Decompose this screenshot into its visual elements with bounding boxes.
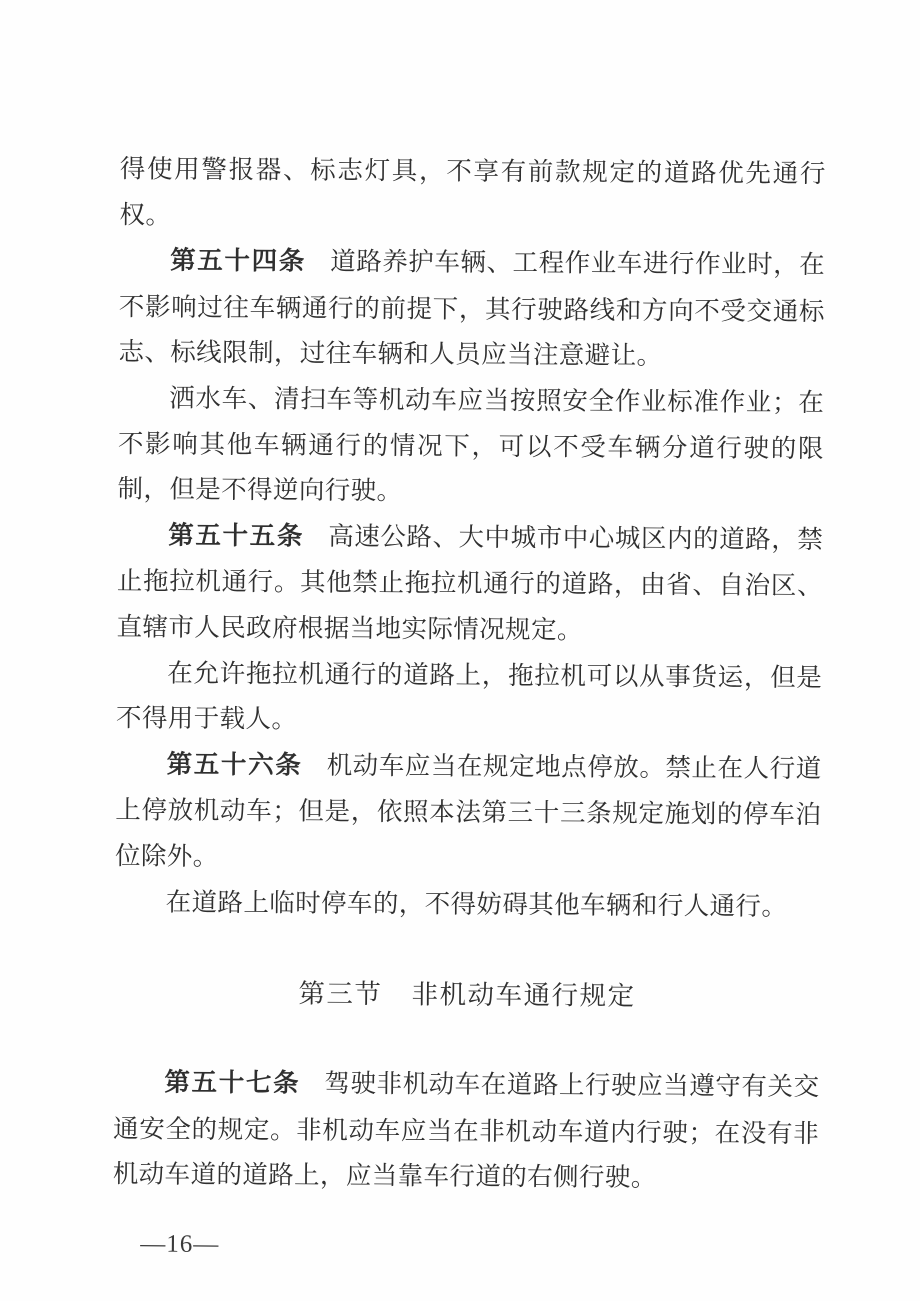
section-heading: 第三节非机动车通行规定 bbox=[114, 969, 820, 1020]
paragraph-article-57: 第五十七条驾驶非机动车在道路上行驶应当遵守有关交通安全的规定。非机动车应当在非机… bbox=[113, 1059, 820, 1202]
paragraph-text: 洒水车、清扫车等机动车应当按照安全作业标准作业；在不影响其他车辆通行的情况下，可… bbox=[117, 384, 824, 506]
scanned-page-content: 得使用警报器、标志灯具，不享有前款规定的道路优先通行权。 第五十四条道路养护车辆… bbox=[0, 0, 920, 1301]
article-number: 第五十七条 bbox=[164, 1069, 300, 1098]
article-number: 第五十四条 bbox=[170, 247, 306, 276]
page-number: —16— bbox=[140, 1230, 219, 1259]
paragraph-continuation: 得使用警报器、标志灯具，不享有前款规定的道路优先通行权。 bbox=[119, 146, 826, 242]
article-number: 第五十五条 bbox=[168, 521, 304, 550]
section-label: 第三节 bbox=[298, 979, 382, 1010]
article-number: 第五十六条 bbox=[167, 750, 303, 779]
text-block: 得使用警报器、标志灯具，不享有前款规定的道路优先通行权。 第五十四条道路养护车辆… bbox=[113, 146, 826, 1202]
paragraph-text: 在道路上临时停车的，不得妨碍其他车辆和行人通行。 bbox=[166, 887, 788, 920]
paragraph-text: 在允许拖拉机通行的道路上，拖拉机可以从事货运，但是不得用于载人。 bbox=[116, 658, 823, 734]
paragraph-article-56-clause-2: 在道路上临时停车的，不得妨碍其他车辆和行人通行。 bbox=[115, 879, 821, 930]
document-page: 得使用警报器、标志灯具，不享有前款规定的道路优先通行权。 第五十四条道路养护车辆… bbox=[0, 0, 920, 1301]
paragraph-article-54: 第五十四条道路养护车辆、工程作业车进行作业时，在不影响过往车辆通行的前提下，其行… bbox=[118, 237, 825, 380]
section-title: 非机动车通行规定 bbox=[412, 979, 636, 1011]
paragraph-article-54-clause-2: 洒水车、清扫车等机动车应当按照安全作业标准作业；在不影响其他车辆通行的情况下，可… bbox=[117, 375, 824, 517]
paragraph-text: 得使用警报器、标志灯具，不享有前款规定的道路优先通行权。 bbox=[119, 154, 826, 229]
paragraph-article-55-clause-2: 在允许拖拉机通行的道路上，拖拉机可以从事货运，但是不得用于载人。 bbox=[116, 650, 823, 746]
paragraph-article-55: 第五十五条高速公路、大中城市中心城区内的道路，禁止拖拉机通行。其他禁止拖拉机通行… bbox=[116, 512, 823, 655]
paragraph-article-56: 第五十六条机动车应当在规定地点停放。禁止在人行道上停放机动车；但是，依照本法第三… bbox=[115, 741, 822, 884]
